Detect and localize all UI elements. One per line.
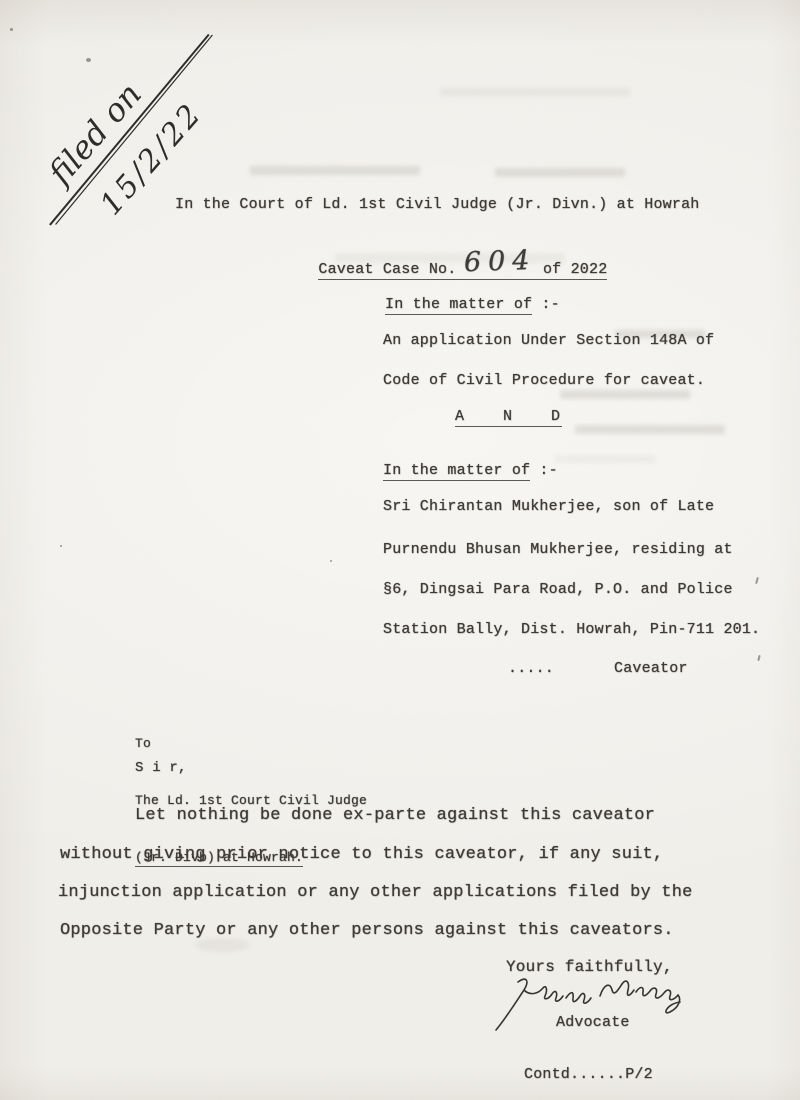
matter-2-line-4: Station Bally, Dist. Howrah, Pin-711 201… [383, 621, 760, 638]
scan-smudge [195, 938, 250, 952]
party-label: Caveator [614, 660, 688, 677]
body-line-2: without giving prior notice to this cave… [60, 845, 663, 864]
continuation-note: Contd......P/2 [524, 1066, 653, 1083]
case-number-line: Caveat Case No.604of 2022 [300, 238, 607, 280]
matter-2-heading: In the matter of :- [383, 462, 558, 479]
body-line-1: Let nothing be done ex-parte against thi… [135, 806, 655, 825]
matter-1-heading: In the matter of :- [385, 296, 560, 313]
case-suffix: of 2022 [543, 261, 607, 278]
ink-speck [757, 655, 760, 661]
bleed-through-smudge [250, 166, 420, 175]
matter-1-line-2: Code of Civil Procedure for caveat. [383, 372, 705, 389]
matter-2-line-3: §6, Dingsai Para Road, P.O. and Police [383, 581, 733, 598]
bleed-through-smudge [440, 88, 630, 96]
matter-1-line-1: An application Under Section 148A of [383, 332, 714, 349]
signer-title: Advocate [556, 1014, 630, 1031]
salutation: S i r, [135, 760, 187, 776]
ink-speck [755, 577, 759, 584]
scanned-caveat-document: { "page": { "background_color": "#f1efea… [0, 0, 800, 1100]
bleed-through-smudge [495, 168, 625, 177]
case-number-handwritten: 604 [464, 251, 537, 274]
dots-leader: ..... [508, 660, 554, 677]
ink-speck [60, 545, 62, 547]
court-title: In the Court of Ld. 1st Civil Judge (Jr.… [175, 196, 699, 213]
ink-speck [10, 28, 13, 31]
caveator-line: .....Caveator [508, 660, 688, 677]
filed-date-note: filed on 15/2/22 [18, 2, 268, 252]
body-line-4: Opposite Party or any other persons agai… [60, 921, 674, 940]
bleed-through-smudge [575, 425, 725, 434]
bleed-through-smudge [560, 390, 690, 399]
matter-2-line-2: Purnendu Bhusan Mukherjee, residing at [383, 541, 733, 558]
matter-2-line-1: Sri Chirantan Mukherjee, son of Late [383, 498, 714, 515]
address-to: To [135, 734, 367, 753]
body-line-3: injunction application or any other appl… [58, 883, 693, 902]
case-prefix: Caveat Case No. [318, 261, 456, 278]
conjunction-and: A N D [455, 408, 562, 425]
bleed-through-smudge [555, 455, 655, 463]
ink-speck [330, 560, 332, 562]
